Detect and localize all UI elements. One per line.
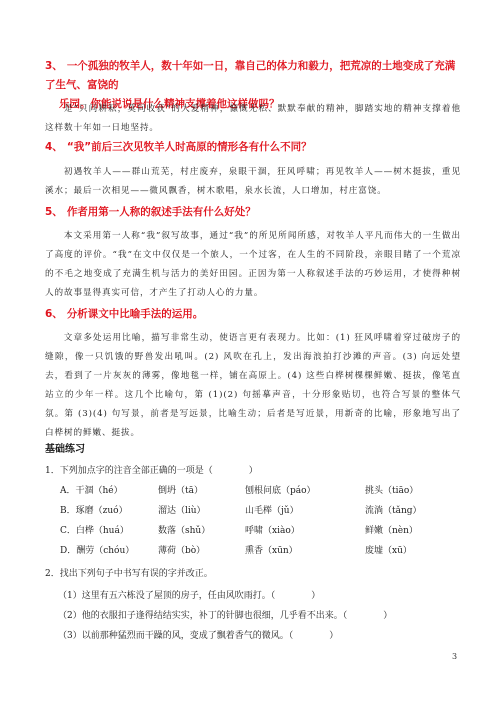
option-word: 山毛榉（jǔ） xyxy=(245,503,299,516)
question-number: 3、 xyxy=(45,60,63,72)
question-4: 4、“我”前后三次见牧羊人时高原的情形各有什么不同？ xyxy=(45,138,465,157)
question-text: 作者用第一人称的叙述手法有什么好处？ xyxy=(67,206,256,218)
option-label: D．酬劳（chóu） xyxy=(60,543,134,556)
option-word: 溜达（liù） xyxy=(158,503,206,516)
option-label: B．琢磨（zuó） xyxy=(60,503,128,516)
exercise-2-item: （1）这里有五六栋没了屋顶的房子，任由风吹雨打。（ ） xyxy=(58,588,320,601)
answer-6: 文章多处运用比喻，描写非常生动，使语言更有表现力。比如：(1) 狂风呼啸着穿过破… xyxy=(45,329,461,443)
option-word: 挑头（tiāo） xyxy=(365,483,418,496)
option-word: 薄荷（bò） xyxy=(158,543,205,556)
option-row-b: B．琢磨（zuó） 溜达（liù） 山毛榉（jǔ） 流淌（tǎng） xyxy=(60,503,460,521)
option-word: 数落（shǔ） xyxy=(158,523,210,536)
option-word: 流淌（tǎng） xyxy=(365,503,422,516)
question-number: 6、 xyxy=(45,308,63,320)
question-number: 4、 xyxy=(45,141,63,153)
exercise-2-stem: 2．找出下列句子中书写有误的字并改正。 xyxy=(45,565,213,583)
option-word: 刨根问底（páo） xyxy=(245,483,316,496)
question-6: 6、分析课文中比喻手法的运用。 xyxy=(45,305,465,324)
option-row-d: D．酬劳（chóu） 薄荷（bò） 熏香（xūn） 废墟（xū） xyxy=(60,543,460,561)
option-label: C．白桦（huá） xyxy=(60,523,129,536)
question-text: “我”前后三次见牧羊人时高原的情形各有什么不同？ xyxy=(67,141,312,153)
exercise-2-item: （2）他的衣服扣子逢得结结实实，补丁的针脚也很细，几乎看不出来。（ ） xyxy=(58,608,392,621)
page-number: 3 xyxy=(452,652,457,661)
option-word: 倒坍（tā） xyxy=(158,483,203,496)
question-5: 5、作者用第一人称的叙述手法有什么好处？ xyxy=(45,203,465,222)
answer-5: 本文采用第一人称“我”叙写故事，通过“我”的所见所闻所感，对牧羊人平凡而伟大的一… xyxy=(45,227,461,303)
section-title: 基础练习 xyxy=(45,440,85,455)
answer-4: 初遇牧羊人——群山荒芜，村庄废弃，泉眼干涸，狂风呼啸；再见牧羊人——树木挺拔，重… xyxy=(45,163,461,201)
document-page: 3、一个孤独的牧羊人，数十年如一日，靠自己的体力和毅力，把荒凉的土地变成了充满了… xyxy=(0,0,500,707)
exercise-1-stem: 1．下列加点字的注音全部正确的一项是（ ） xyxy=(45,462,258,480)
option-row-a: A．干涸（hé） 倒坍（tā） 刨根问底（páo） 挑头（tiāo） xyxy=(60,483,460,501)
option-word: 废墟（xū） xyxy=(365,543,412,556)
option-word: 鲜嫩（nèn） xyxy=(365,523,418,536)
question-text: 一个孤独的牧羊人，数十年如一日，靠自己的体力和毅力，把荒凉的土地变成了充满了生气… xyxy=(45,60,455,91)
option-word: 熏香（xūn） xyxy=(245,543,298,556)
exercise-2-item: （3）以前那种猛烈而干躁的风，变成了飘着香气的微风。（ ） xyxy=(58,628,338,641)
option-label: A．干涸（hé） xyxy=(60,483,123,496)
answer-3: 是“只问耕耘，莫问收获”的大爱精神，慷慨无私、默默奉献的精神，脚踏实地的精神支撑… xyxy=(45,100,461,138)
question-number: 5、 xyxy=(45,206,63,218)
option-row-c: C．白桦（huá） 数落（shǔ） 呼啸（xiào） 鲜嫩（nèn） xyxy=(60,523,460,541)
option-word: 呼啸（xiào） xyxy=(245,523,300,536)
question-text: 分析课文中比喻手法的运用。 xyxy=(67,308,204,320)
